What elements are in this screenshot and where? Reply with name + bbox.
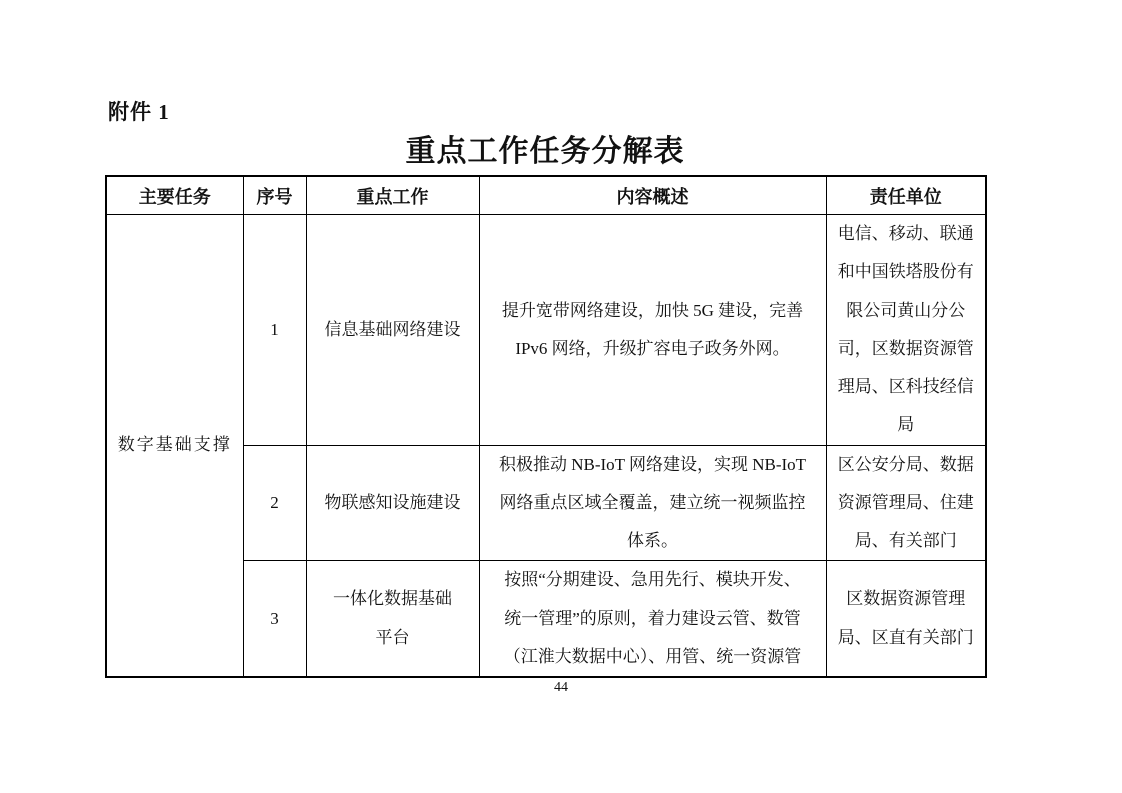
header-seq: 序号	[243, 176, 306, 215]
seq-cell: 1	[243, 215, 306, 446]
table-header-row: 主要任务 序号 重点工作 内容概述 责任单位	[106, 176, 986, 215]
unit-cell: 区公安分局、数据 资源管理局、住建 局、有关部门	[826, 445, 986, 561]
summary-cell: 按照“分期建设、急用先行、模块开发、 统一管理”的原则，着力建设云管、数管 （江…	[479, 561, 826, 677]
key-work-cell: 信息基础网络建设	[306, 215, 479, 446]
unit-cell: 区数据资源管理 局、区直有关部门	[826, 561, 986, 677]
summary-cell: 积极推动 NB-IoT 网络建设，实现 NB-IoT 网络重点区域全覆盖，建立统…	[479, 445, 826, 561]
unit-cell: 电信、移动、联通 和中国铁塔股份有 限公司黄山分公 司，区数据资源管 理局、区科…	[826, 215, 986, 446]
main-task-group-cell: 数字基础支撑	[106, 215, 243, 678]
summary-cell: 提升宽带网络建设，加快 5G 建设，完善 IPv6 网络，升级扩容电子政务外网。	[479, 215, 826, 446]
document-title: 重点工作任务分解表	[105, 126, 985, 170]
page-number: 44	[0, 680, 1122, 696]
header-main-task: 主要任务	[106, 176, 243, 215]
document-page: 附件 1 重点工作任务分解表 主要任务 序号 重点工作 内容概述 责任单位 数字…	[0, 0, 1122, 793]
table-row: 数字基础支撑 1 信息基础网络建设 提升宽带网络建设，加快 5G 建设，完善 I…	[106, 215, 986, 446]
task-breakdown-table: 主要任务 序号 重点工作 内容概述 责任单位 数字基础支撑 1 信息基础网络建设…	[105, 175, 987, 678]
key-work-cell: 物联感知设施建设	[306, 445, 479, 561]
header-unit: 责任单位	[826, 176, 986, 215]
header-summary: 内容概述	[479, 176, 826, 215]
seq-cell: 2	[243, 445, 306, 561]
header-key-work: 重点工作	[306, 176, 479, 215]
seq-cell: 3	[243, 561, 306, 677]
attachment-label: 附件 1	[108, 96, 170, 126]
key-work-cell: 一体化数据基础 平台	[306, 561, 479, 677]
